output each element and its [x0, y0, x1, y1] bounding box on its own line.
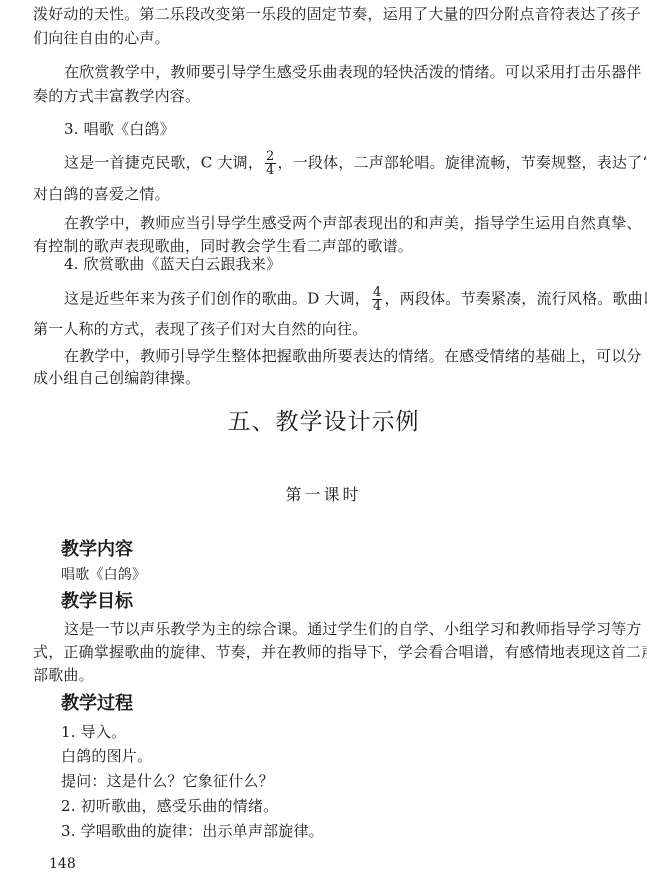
paragraph-line: 奏的方式丰富教学内容。	[33, 86, 617, 106]
paragraph-line: 们向往自由的心声。	[33, 28, 617, 48]
item-4-title: 4. 欣赏歌曲《蓝天白云跟我来》	[64, 254, 617, 274]
text-segment: 这是近些年来为孩子们创作的歌曲。D 大调，	[64, 290, 370, 308]
paragraph-line: 部歌曲。	[33, 665, 617, 685]
lesson-title: 第一课时	[0, 484, 647, 506]
text-segment: 这是一首捷克民歌，C 大调，	[64, 154, 263, 172]
content-text: 唱歌《白鸽》	[61, 565, 617, 585]
paragraph-line: 在欣赏教学中，教师要引导学生感受乐曲表现的轻快活泼的情绪。可以采用打击乐器伴	[64, 62, 617, 82]
page-number: 148	[49, 856, 76, 872]
section-title: 五、教学设计示例	[0, 407, 647, 437]
paragraph-line: 在教学中，教师应当引导学生感受两个声部表现出的和声美，指导学生运用自然真挚、	[64, 213, 617, 233]
item-3-title: 3. 唱歌《白鸽》	[64, 119, 617, 139]
text-segment: ，一段体，二声部轮唱。旋律流畅，节奏规整，表达了“我”	[278, 154, 647, 172]
time-signature: 44	[372, 286, 382, 313]
item-4-description: 这是近些年来为孩子们创作的歌曲。D 大调，44，两段体。节奏紧凑，流行风格。歌曲…	[64, 286, 617, 313]
time-sig-denominator: 4	[265, 164, 275, 177]
paragraph-line: 有控制的歌声表现歌曲，同时教会学生看二声部的歌谱。	[33, 236, 617, 256]
paragraph-line: 成小组自己创编韵律操。	[33, 368, 617, 388]
paragraph-line: 在教学中，教师引导学生整体把握歌曲所要表达的情绪。在感受情绪的基础上，可以分	[64, 346, 617, 366]
process-step: 3. 学唱歌曲的旋律：出示单声部旋律。	[61, 821, 617, 841]
process-step: 白鸽的图片。	[61, 746, 617, 766]
time-sig-denominator: 4	[372, 300, 382, 313]
paragraph-line: 泼好动的天性。第二乐段改变第一乐段的固定节奏，运用了大量的四分附点音符表达了孩子	[33, 4, 617, 24]
heading-teaching-content: 教学内容	[61, 538, 133, 562]
process-step: 1. 导入。	[61, 722, 617, 742]
paragraph-line: 对白鸽的喜爱之情。	[33, 184, 617, 204]
item-3-description: 这是一首捷克民歌，C 大调，24，一段体，二声部轮唱。旋律流畅，节奏规整，表达了…	[64, 150, 617, 177]
paragraph-line: 第一人称的方式，表现了孩子们对大自然的向往。	[33, 319, 617, 339]
text-segment: ，两段体。节奏紧凑，流行风格。歌曲以	[384, 290, 647, 308]
heading-teaching-process: 教学过程	[61, 692, 133, 716]
heading-teaching-goals: 教学目标	[61, 590, 133, 614]
time-sig-numerator: 4	[372, 286, 382, 300]
time-sig-numerator: 2	[265, 150, 275, 164]
time-signature: 24	[265, 150, 275, 177]
paragraph-line: 这是一节以声乐教学为主的综合课。通过学生们的自学、小组学习和教师指导学习等方	[64, 619, 617, 639]
process-step: 2. 初听歌曲，感受乐曲的情绪。	[61, 796, 617, 816]
paragraph-line: 式，正确掌握歌曲的旋律、节奏，并在教师的指导下，学会看合唱谱，有感情地表现这首二…	[33, 642, 617, 662]
process-step: 提问：这是什么？它象征什么？	[61, 771, 617, 791]
